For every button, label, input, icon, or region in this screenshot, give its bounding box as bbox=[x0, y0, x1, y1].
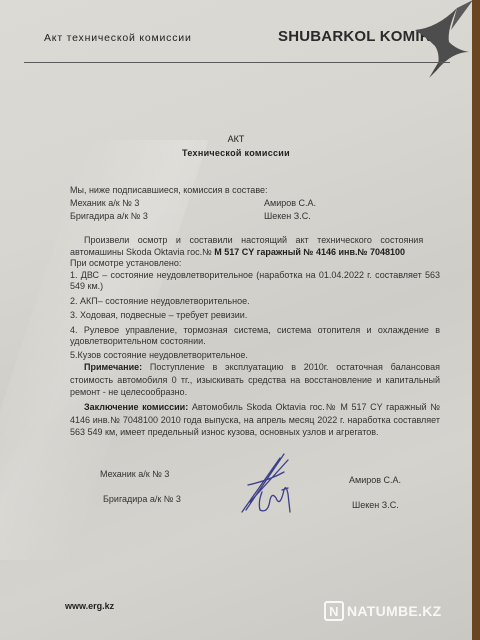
document-subtitle: Технической комиссии bbox=[0, 148, 472, 158]
intro-text: Мы, ниже подписавшиеся, комиссия в соста… bbox=[70, 185, 268, 195]
handwritten-signature-icon bbox=[240, 450, 310, 525]
conclusion-label: Заключение комиссии: bbox=[84, 402, 188, 412]
watermark: N NATUMBE.KZ bbox=[324, 601, 442, 621]
note-label: Примечание: bbox=[84, 362, 142, 372]
member-role-2: Бригадира а/к № 3 bbox=[70, 211, 148, 221]
inspection-line-1: Произвели осмотр и составили настоящий а… bbox=[70, 235, 440, 247]
finding-1: 1. ДВС – состояние неудовлетворительное … bbox=[70, 270, 440, 293]
document-page: Акт технической комиссии SHUBARKOL KOMIR… bbox=[0, 0, 472, 640]
member-name-1: Амиров С.А. bbox=[264, 198, 316, 208]
finding-5: 5.Кузов состояние неудовлетворительное. bbox=[70, 350, 440, 362]
letterhead: Акт технической комиссии SHUBARKOL KOMIR bbox=[24, 20, 452, 65]
inspection-paragraph: Произвели осмотр и составили настоящий а… bbox=[70, 235, 440, 361]
star-logo-icon bbox=[407, 0, 477, 80]
finding-2: 2. АКП– состояние неудовлетворительное. bbox=[70, 296, 440, 308]
vehicle-id: М 517 CY гаражный № 4146 инв.№ 7048100 bbox=[214, 247, 405, 257]
signature-role-2: Бригадира а/к № 3 bbox=[103, 494, 181, 504]
conclusion-paragraph: Заключение комиссии: Автомобиль Skoda Ok… bbox=[70, 401, 440, 439]
note-paragraph: Примечание: Поступление в эксплуатацию в… bbox=[70, 361, 440, 399]
member-role-1: Механик а/к № 3 bbox=[70, 198, 139, 208]
footer-website-link[interactable]: www.erg.kz bbox=[65, 601, 114, 611]
document-title: АКТ bbox=[0, 134, 472, 144]
watermark-text: NATUMBE.KZ bbox=[347, 603, 442, 619]
signature-role-1: Механик а/к № 3 bbox=[100, 469, 169, 479]
established-label: При осмотре установлено: bbox=[70, 258, 440, 270]
letterhead-title: Акт технической комиссии bbox=[44, 32, 192, 44]
header-divider bbox=[24, 62, 450, 63]
finding-4: 4. Рулевое управление, тормозная система… bbox=[70, 325, 440, 348]
vehicle-text: автомашины Skoda Oktavia гос.№ bbox=[70, 247, 214, 257]
watermark-logo-icon: N bbox=[324, 601, 344, 621]
member-name-2: Шекен З.С. bbox=[264, 211, 311, 221]
signature-name-1: Амиров С.А. bbox=[349, 475, 401, 485]
signature-name-2: Шекен З.С. bbox=[352, 500, 399, 510]
finding-3: 3. Ходовая, подвесные – требует ревизии. bbox=[70, 310, 440, 322]
inspection-line-2: автомашины Skoda Oktavia гос.№ М 517 CY … bbox=[70, 247, 440, 259]
